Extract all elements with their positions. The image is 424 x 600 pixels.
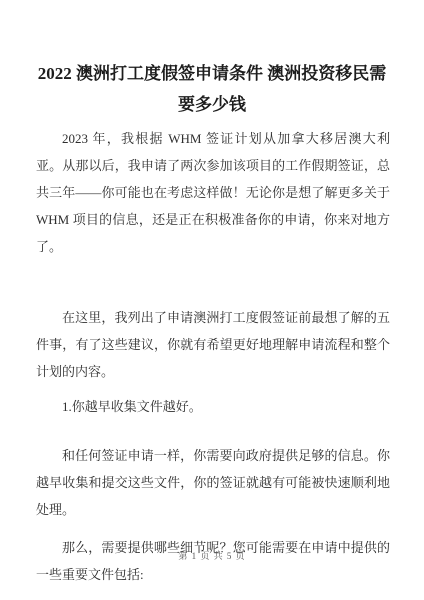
document-page: 2022 澳洲打工度假签申请条件 澳洲投资移民需要多少钱 2023 年，我根据 … (0, 0, 424, 600)
section-heading-1: 1.你越早收集文件越好。 (36, 393, 390, 420)
document-title: 2022 澳洲打工度假签申请条件 澳洲投资移民需要多少钱 (36, 58, 388, 120)
page-number-footer: 第 1 页 共 5 页 (0, 549, 424, 563)
paragraph-overview: 在这里，我列出了申请澳洲打工度假签证前最想了解的五件事，有了这些建议，你就有希望… (36, 304, 390, 385)
paragraph-intro: 2023 年，我根据 WHM 签证计划从加拿大移居澳大利亚。从那以后，我申请了两… (36, 125, 390, 260)
paragraph-documents: 和任何签证申请一样，你需要向政府提供足够的信息。你越早收集和提交这些文件，你的签… (36, 442, 390, 523)
